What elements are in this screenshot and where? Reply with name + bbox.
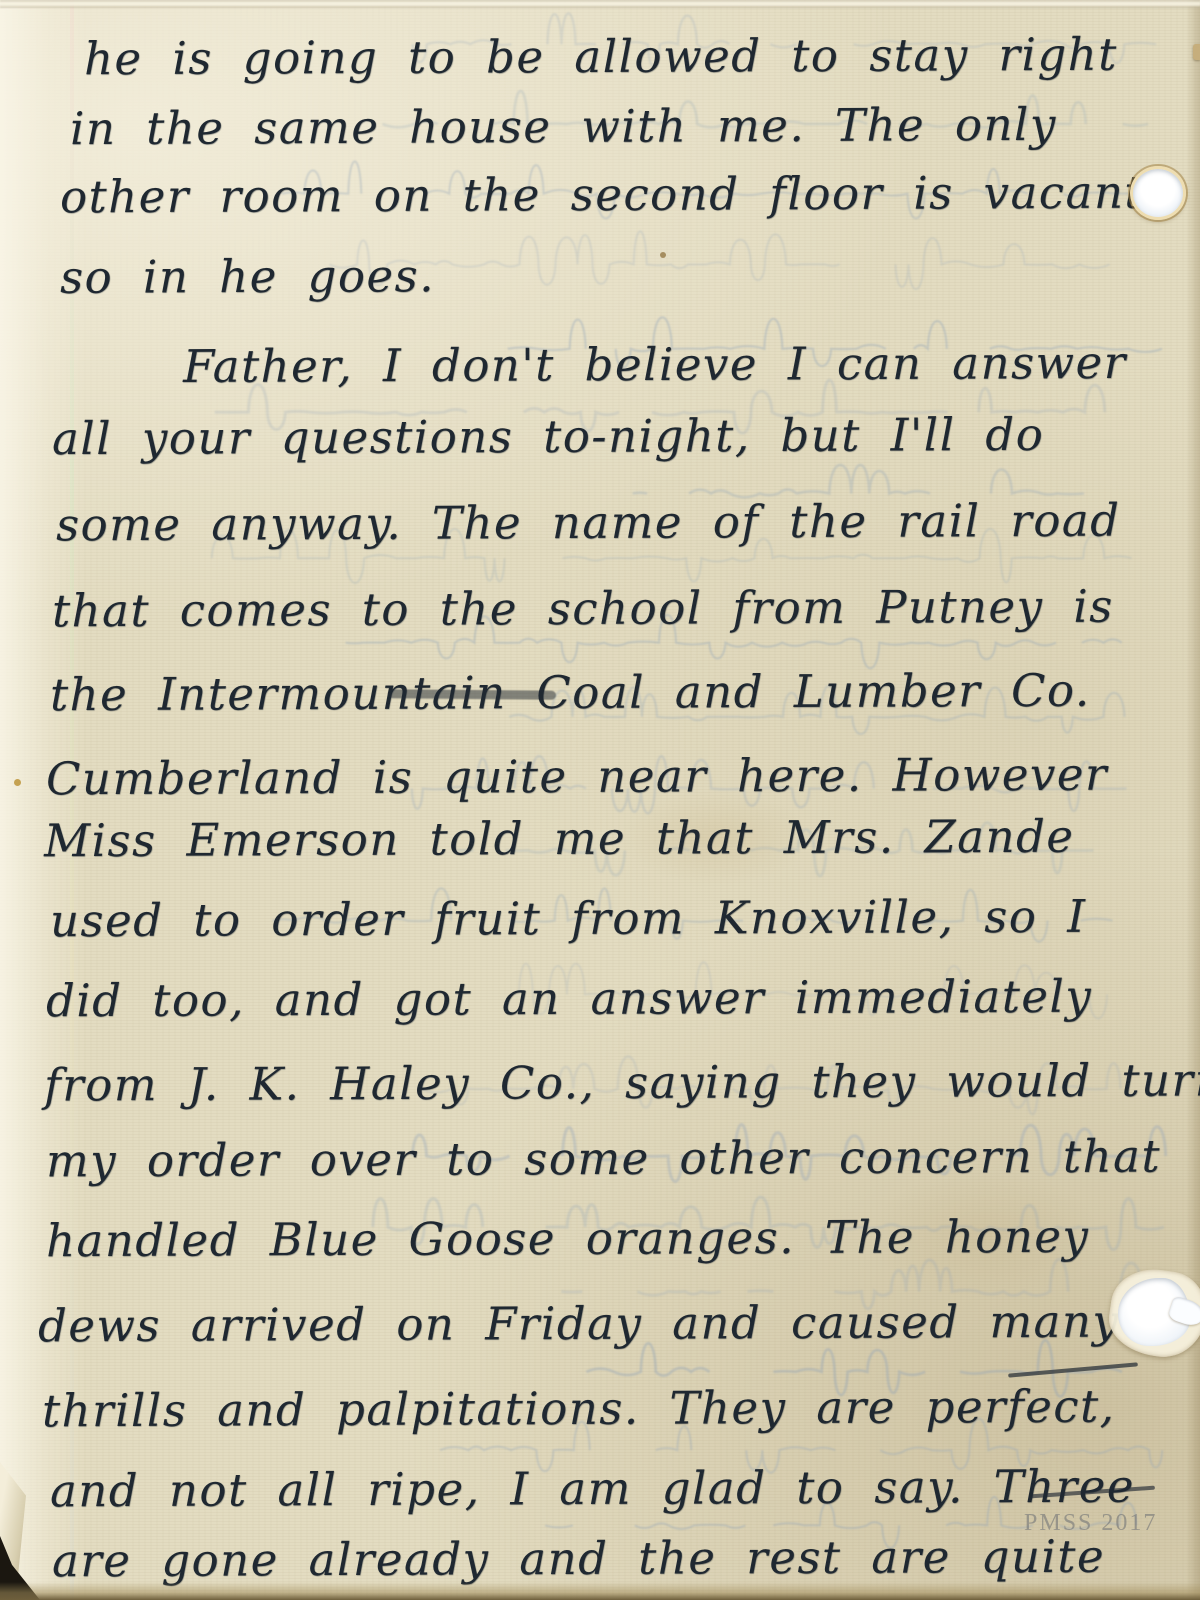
bleedthrough-stroke [329,231,1109,289]
edge-tear [1193,44,1200,60]
handwritten-line: dews arrived on Friday and caused many [38,1295,1120,1353]
handwritten-line: all your questions to-night, but I'll do [52,408,1044,465]
handwritten-line: in the same house with me. The only [70,98,1057,155]
handwritten-line: handled Blue Goose oranges. The honey [46,1210,1090,1268]
handwritten-line: other room on the second floor is vacant… [60,166,1160,224]
bottom-page-edge [0,1582,1200,1600]
bleedthrough-stroke [633,465,1149,497]
handwritten-line: the Intermountain Coal and Lumber Co. [50,664,1091,722]
ink-overwrite-smudge [388,689,556,699]
handwritten-line: Miss Emerson told me that Mrs. Zande [44,810,1075,867]
fold-crease [0,0,1200,8]
handwritten-line: Cumberland is quite near here. However [46,748,1108,806]
handwritten-line: thrills and palpitations. They are perfe… [42,1380,1116,1438]
handwritten-line: are gone already and the rest are quite [52,1530,1105,1588]
ink-speck [660,252,666,258]
letter-page: he is going to be allowed to stay righti… [0,0,1200,1600]
handwritten-line: my order over to some other concern that [46,1130,1161,1188]
handwritten-line: some anyway. The name of the rail road [56,494,1121,552]
handwritten-line: used to order fruit from Knoxville, so I [50,890,1087,948]
handwritten-line: Father, I don't believe I can answer [183,336,1127,393]
punch-hole-top [1130,166,1186,220]
handwritten-line: did too, and got an answer immediately [46,970,1093,1028]
handwritten-line: so in he goes. [60,249,435,304]
punch-hole-torn [1116,1276,1200,1350]
right-page-edge [1186,0,1200,1600]
handwritten-line: and not all ripe, I am glad to say. Thre… [50,1460,1135,1518]
pen-flourish-underline [1008,1362,1138,1377]
archive-watermark: PMSS 2017 [1024,1510,1157,1537]
handwritten-line: he is going to be allowed to stay right [84,28,1118,86]
paper-speck [14,779,21,786]
handwritten-line: from J. K. Haley Co., saying they would … [44,1053,1200,1111]
handwritten-line: that comes to the school from Putney is [52,580,1114,638]
